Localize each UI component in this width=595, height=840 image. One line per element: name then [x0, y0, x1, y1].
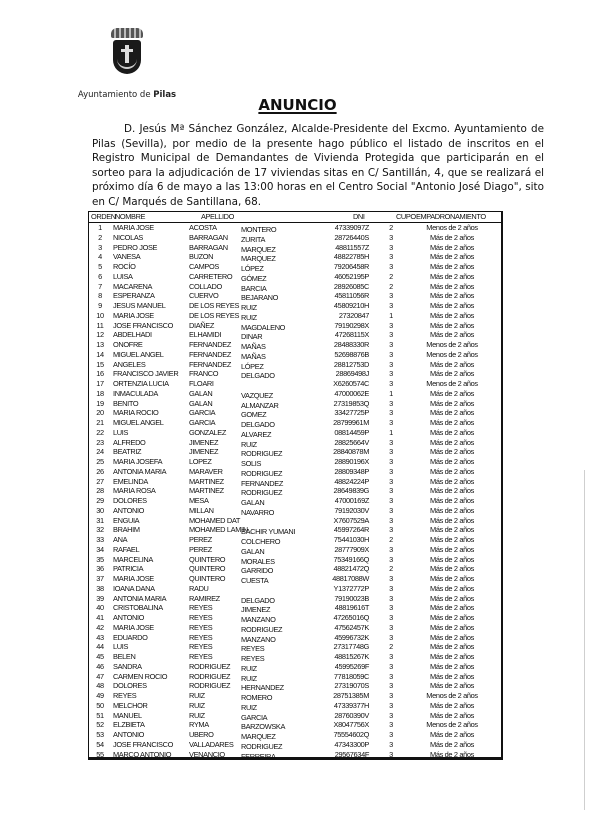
cell-apellido-1: VENANCIO — [189, 750, 225, 760]
cell-cupo: 3 — [385, 623, 397, 633]
cell-nombre: RAFAEL — [113, 545, 139, 555]
cell-nombre: MARCELINA — [113, 555, 153, 565]
cell-cupo: 3 — [385, 574, 397, 584]
cell-nombre: MACARENA — [113, 282, 152, 292]
cell-apellido-1: FERNANDEZ — [189, 360, 231, 370]
cell-apellido-1: VALLADARES — [189, 740, 233, 750]
cell-cupo: 3 — [385, 506, 397, 516]
table-row: 50 MELCHOR RUIZ RUIZ 47339377H 3 Más de … — [89, 701, 501, 711]
cell-empadronamiento: Más de 2 años — [405, 252, 499, 262]
cell-cupo: 3 — [385, 233, 397, 243]
cell-nombre: MARIA ROCIO — [113, 408, 158, 418]
table-row: 54 JOSE FRANCISCO VALLADARES RODRIGUEZ 4… — [89, 740, 501, 750]
cell-nombre: ABDELHADI — [113, 330, 152, 340]
cell-cupo: 3 — [385, 740, 397, 750]
cell-nombre: EMELINDA — [113, 477, 148, 487]
cell-apellido-1: RYMA — [189, 720, 209, 730]
cell-apellido-1: QUINTERO — [189, 564, 225, 574]
cell-dni: 47343300P — [299, 740, 369, 750]
cell-cupo: 3 — [385, 525, 397, 535]
cell-dni: 48824224P — [299, 477, 369, 487]
cell-dni: 45811056R — [299, 291, 369, 301]
cell-nombre: PATRICIA — [113, 564, 143, 574]
table-row: 47 CARMEN ROCIO RODRIGUEZ RUIZ 77818059C… — [89, 672, 501, 682]
cell-apellido-1: MARAVER — [189, 467, 223, 477]
table-row: 35 MARCELINA QUINTERO MORALES 75349166Q … — [89, 555, 501, 565]
cell-nombre: CARMEN ROCIO — [113, 672, 167, 682]
table-row: 48 DOLORES RODRIGUEZ HERNANDEZ 27319070S… — [89, 681, 501, 691]
cell-nombre: IOANA DANA — [113, 584, 155, 594]
cell-apellido-1: JIMENEZ — [189, 438, 218, 448]
cell-nombre: NICOLAS — [113, 233, 143, 243]
scan-edge-line — [584, 470, 585, 810]
document-title: ANUNCIO — [0, 96, 595, 114]
cell-empadronamiento: Más de 2 años — [405, 389, 499, 399]
cell-dni: 28488330R — [299, 340, 369, 350]
cell-nombre: ANTONIA MARIA — [113, 594, 166, 604]
cell-dni: 47000062E — [299, 389, 369, 399]
cell-empadronamiento: Menos de 2 años — [405, 223, 499, 233]
table-row: 42 MARIA JOSE REYES RODRIGUEZ 47562457K … — [89, 623, 501, 633]
cell-empadronamiento: Menos de 2 años — [405, 340, 499, 350]
table-row: 2 NICOLAS BARRAGAN ZURITA 28726440S 3 Má… — [89, 233, 501, 243]
cell-empadronamiento: Más de 2 años — [405, 447, 499, 457]
cell-empadronamiento: Más de 2 años — [405, 360, 499, 370]
cell-empadronamiento: Más de 2 años — [405, 486, 499, 496]
cell-empadronamiento: Más de 2 años — [405, 672, 499, 682]
cell-nombre: JOSE FRANCISCO — [113, 321, 173, 331]
header-dni: DNI — [353, 212, 365, 222]
cell-orden: 50 — [89, 701, 111, 711]
cell-cupo: 3 — [385, 555, 397, 565]
cell-apellido-1: REYES — [189, 652, 212, 662]
cell-dni: 47339097Z — [299, 223, 369, 233]
cell-empadronamiento: Más de 2 años — [405, 301, 499, 311]
cell-dni: 47562457K — [299, 623, 369, 633]
cell-empadronamiento: Más de 2 años — [405, 555, 499, 565]
cell-dni: 45997264R — [299, 525, 369, 535]
cell-orden: 38 — [89, 584, 111, 594]
cell-empadronamiento: Más de 2 años — [405, 506, 499, 516]
cell-orden: 9 — [89, 301, 111, 311]
cell-orden: 41 — [89, 613, 111, 623]
cell-dni: X7607529A — [299, 516, 369, 526]
cell-orden: 3 — [89, 243, 111, 253]
table-row: 26 ANTONIA MARIA MARAVER RODRIGUEZ 28809… — [89, 467, 501, 477]
cell-empadronamiento: Más de 2 años — [405, 291, 499, 301]
cell-cupo: 3 — [385, 457, 397, 467]
cell-nombre: SANDRA — [113, 662, 142, 672]
cell-empadronamiento: Más de 2 años — [405, 369, 499, 379]
cell-orden: 36 — [89, 564, 111, 574]
cell-apellido-1: MOHAMED DAT — [189, 516, 240, 526]
cell-empadronamiento: Más de 2 años — [405, 418, 499, 428]
cell-cupo: 3 — [385, 252, 397, 262]
table-row: 19 BENITO GALAN ALMANZAR 27319853Q 3 Más… — [89, 399, 501, 409]
cell-dni: 28726440S — [299, 233, 369, 243]
cell-apellido-1: MARTINEZ — [189, 477, 224, 487]
cell-dni: 48815267K — [299, 652, 369, 662]
table-header: ORDEN NOMBRE APELLIDO DNI CUPO EMPADRONA… — [89, 212, 501, 223]
cell-empadronamiento: Menos de 2 años — [405, 379, 499, 389]
cell-apellido-1: CARRETERO — [189, 272, 232, 282]
cell-dni: 27317748G — [299, 642, 369, 652]
cell-apellido-1: JIMENEZ — [189, 447, 218, 457]
cell-apellido-1: FLOARI — [189, 379, 214, 389]
cell-dni: 45809210H — [299, 301, 369, 311]
cell-orden: 53 — [89, 730, 111, 740]
cell-apellido-1: RADU — [189, 584, 209, 594]
cell-cupo: 3 — [385, 633, 397, 643]
header-nombre: NOMBRE — [115, 212, 145, 222]
cell-apellido-1: PEREZ — [189, 545, 212, 555]
cell-apellido-1: RUIZ — [189, 691, 205, 701]
cell-nombre: MANUEL — [113, 711, 142, 721]
cell-nombre: ROCÍO — [113, 262, 135, 272]
cell-orden: 46 — [89, 662, 111, 672]
cell-dni: 52698876B — [299, 350, 369, 360]
table-row: 39 ANTONIA MARIA RAMIREZ DELGADO 7919002… — [89, 594, 501, 604]
table-row: 44 LUIS REYES REYES 27317748G 2 Más de 2… — [89, 642, 501, 652]
cell-dni: 27319853Q — [299, 399, 369, 409]
cell-dni: 28777909X — [299, 545, 369, 555]
cell-empadronamiento: Más de 2 años — [405, 311, 499, 321]
cell-nombre: LUIS — [113, 428, 128, 438]
cell-orden: 5 — [89, 262, 111, 272]
cell-orden: 39 — [89, 594, 111, 604]
cell-apellido-1: DIAÑEZ — [189, 321, 214, 331]
cell-cupo: 3 — [385, 730, 397, 740]
cell-orden: 33 — [89, 535, 111, 545]
cell-nombre: MARCO ANTONIO — [113, 750, 171, 760]
cell-empadronamiento: Más de 2 años — [405, 243, 499, 253]
table-row: 41 ANTONIO REYES MANZANO 47265016Q 3 Más… — [89, 613, 501, 623]
cell-cupo: 3 — [385, 379, 397, 389]
cell-dni: 28926085C — [299, 282, 369, 292]
cell-cupo: 3 — [385, 545, 397, 555]
table-row: 55 MARCO ANTONIO VENANCIO FERREIRA 29567… — [89, 750, 501, 760]
cell-orden: 2 — [89, 233, 111, 243]
cell-nombre: FRANCISCO JAVIER — [113, 369, 178, 379]
cell-orden: 18 — [89, 389, 111, 399]
table-row: 3 PEDRO JOSE BARRAGAN MARQUEZ 48811557Z … — [89, 243, 501, 253]
cell-apellido-1: ELHAMIDI — [189, 330, 221, 340]
cell-nombre: LUIS — [113, 642, 128, 652]
cell-cupo: 3 — [385, 262, 397, 272]
cell-cupo: 3 — [385, 447, 397, 457]
table-row: 13 ONOFRE FERNANDEZ MAÑAS 28488330R 3 Me… — [89, 340, 501, 350]
cell-nombre: DOLORES — [113, 496, 147, 506]
cell-empadronamiento: Más de 2 años — [405, 330, 499, 340]
cell-apellido-1: GALAN — [189, 399, 212, 409]
cell-dni: 79192030V — [299, 506, 369, 516]
cell-empadronamiento: Más de 2 años — [405, 662, 499, 672]
cell-cupo: 2 — [385, 642, 397, 652]
cell-cupo: 3 — [385, 467, 397, 477]
cell-orden: 6 — [89, 272, 111, 282]
cell-nombre: BENITO — [113, 399, 138, 409]
cell-orden: 11 — [89, 321, 111, 331]
table-row: 52 ELZBIETA RYMA BARZOWSKA X8047756X 3 M… — [89, 720, 501, 730]
cell-empadronamiento: Más de 2 años — [405, 623, 499, 633]
cell-dni: 08814459P — [299, 428, 369, 438]
table-row: 7 MACARENA COLLADO BARCIA 28926085C 2 Má… — [89, 282, 501, 292]
cell-dni: 46052195P — [299, 272, 369, 282]
cell-orden: 27 — [89, 477, 111, 487]
cell-dni: 79190023B — [299, 594, 369, 604]
cell-nombre: ANTONIO — [113, 506, 144, 516]
cell-cupo: 3 — [385, 584, 397, 594]
cell-apellido-1: GARCIA — [189, 408, 215, 418]
cell-nombre: MARIA JOSE — [113, 574, 154, 584]
cell-orden: 30 — [89, 506, 111, 516]
cell-cupo: 1 — [385, 389, 397, 399]
table-row: 22 LUIS GONZALEZ ALVAREZ 08814459P 1 Más… — [89, 428, 501, 438]
table-row: 15 ANGELES FERNANDEZ LÓPEZ 28812753D 3 M… — [89, 360, 501, 370]
cell-orden: 13 — [89, 340, 111, 350]
title-text: ANUNCIO — [258, 96, 336, 114]
cell-cupo: 2 — [385, 282, 397, 292]
cell-empadronamiento: Más de 2 años — [405, 399, 499, 409]
cell-nombre: LUISA — [113, 272, 133, 282]
cell-apellido-1: GARCIA — [189, 418, 215, 428]
cell-cupo: 2 — [385, 564, 397, 574]
cell-orden: 51 — [89, 711, 111, 721]
cell-empadronamiento: Más de 2 años — [405, 321, 499, 331]
cell-apellido-1: BARRAGAN — [189, 243, 228, 253]
cell-empadronamiento: Menos de 2 años — [405, 691, 499, 701]
cell-empadronamiento: Más de 2 años — [405, 681, 499, 691]
cell-apellido-1: CAMPOS — [189, 262, 219, 272]
cell-orden: 43 — [89, 633, 111, 643]
cell-dni: Y1372772P — [299, 584, 369, 594]
cell-cupo: 3 — [385, 613, 397, 623]
cell-apellido-1: QUINTERO — [189, 555, 225, 565]
cell-orden: 1 — [89, 223, 111, 233]
table-row: 5 ROCÍO CAMPOS LÓPEZ 79206458R 3 Más de … — [89, 262, 501, 272]
cell-orden: 48 — [89, 681, 111, 691]
cell-orden: 29 — [89, 496, 111, 506]
cell-dni: 29567634F — [299, 750, 369, 760]
coat-of-arms-icon — [107, 28, 147, 86]
cell-dni: 28869498J — [299, 369, 369, 379]
cell-apellido-1: RAMIREZ — [189, 594, 220, 604]
cell-empadronamiento: Más de 2 años — [405, 603, 499, 613]
cell-cupo: 3 — [385, 720, 397, 730]
cell-dni: 33427725P — [299, 408, 369, 418]
cell-dni: 75554602Q — [299, 730, 369, 740]
cell-orden: 16 — [89, 369, 111, 379]
cell-orden: 24 — [89, 447, 111, 457]
cell-apellido-1: LOPEZ — [189, 457, 211, 467]
cell-cupo: 3 — [385, 594, 397, 604]
cell-nombre: ANTONIO — [113, 730, 144, 740]
table-row: 25 MARIA JOSEFA LOPEZ SOLIS 28890196X 3 … — [89, 457, 501, 467]
cell-apellido-1: GALAN — [189, 389, 212, 399]
cell-orden: 4 — [89, 252, 111, 262]
cell-orden: 10 — [89, 311, 111, 321]
cell-orden: 15 — [89, 360, 111, 370]
cell-dni: 45995269F — [299, 662, 369, 672]
cell-apellido-1: REYES — [189, 623, 212, 633]
cell-empadronamiento: Más de 2 años — [405, 613, 499, 623]
cell-nombre: MARIA ROSA — [113, 486, 156, 496]
cell-cupo: 3 — [385, 321, 397, 331]
table-row: 16 FRANCISCO JAVIER FRANCO DELGADO 28869… — [89, 369, 501, 379]
table-row: 51 MANUEL RUIZ GARCIA 28760390V 3 Más de… — [89, 711, 501, 721]
cell-orden: 12 — [89, 330, 111, 340]
intro-paragraph: D. Jesús Mª Sánchez González, Alcalde-Pr… — [92, 122, 544, 210]
cell-orden: 40 — [89, 603, 111, 613]
cell-cupo: 3 — [385, 652, 397, 662]
cell-dni: 75349166Q — [299, 555, 369, 565]
cell-cupo: 3 — [385, 516, 397, 526]
cell-dni: 28649839G — [299, 486, 369, 496]
cell-orden: 52 — [89, 720, 111, 730]
cell-apellido-1: REYES — [189, 603, 212, 613]
table-row: 38 IOANA DANA RADU Y1372772P 3 Más de 2 … — [89, 584, 501, 594]
cell-apellido-1: MILLAN — [189, 506, 214, 516]
cell-orden: 7 — [89, 282, 111, 292]
cell-empadronamiento: Más de 2 años — [405, 750, 499, 760]
cell-nombre: MARIA JOSE — [113, 223, 154, 233]
cell-nombre: ELZBIETA — [113, 720, 145, 730]
cell-orden: 23 — [89, 438, 111, 448]
cell-nombre: ONOFRE — [113, 340, 143, 350]
cell-dni: 47339377H — [299, 701, 369, 711]
cell-cupo: 3 — [385, 399, 397, 409]
cell-cupo: 3 — [385, 360, 397, 370]
cell-empadronamiento: Más de 2 años — [405, 477, 499, 487]
cell-dni: 47000169Z — [299, 496, 369, 506]
cell-empadronamiento: Más de 2 años — [405, 545, 499, 555]
table-row: 29 DOLORES MESA GALAN 47000169Z 3 Más de… — [89, 496, 501, 506]
cell-nombre: CRISTOBALINA — [113, 603, 163, 613]
cell-nombre: INMACULADA — [113, 389, 158, 399]
cell-dni: 45996732K — [299, 633, 369, 643]
cell-nombre: MARIA JOSE — [113, 623, 154, 633]
cell-cupo: 2 — [385, 535, 397, 545]
cell-empadronamiento: Más de 2 años — [405, 262, 499, 272]
cell-orden: 20 — [89, 408, 111, 418]
cell-apellido-1: REYES — [189, 633, 212, 643]
cell-dni: 48817088W — [299, 574, 369, 584]
cell-nombre: BRAHIM — [113, 525, 140, 535]
cell-dni: 28840878M — [299, 447, 369, 457]
cell-apellido-1: GONZALEZ — [189, 428, 226, 438]
cell-cupo: 3 — [385, 603, 397, 613]
cell-orden: 17 — [89, 379, 111, 389]
cell-cupo: 1 — [385, 428, 397, 438]
table-row: 8 ESPERANZA CUERVO BEJARANO 45811056R 3 … — [89, 291, 501, 301]
cell-dni: 28799961M — [299, 418, 369, 428]
cell-orden: 21 — [89, 418, 111, 428]
cell-nombre: MARIA JOSEFA — [113, 457, 162, 467]
cell-apellido-1: BUZON — [189, 252, 213, 262]
cell-apellido-1: REYES — [189, 642, 212, 652]
cell-dni: 79190298X — [299, 321, 369, 331]
table-row: 37 MARIA JOSE QUINTERO CUESTA 48817088W … — [89, 574, 501, 584]
cell-cupo: 1 — [385, 311, 397, 321]
table-row: 33 ANA PEREZ COLCHERO 75441030H 2 Más de… — [89, 535, 501, 545]
header-empadronamiento: EMPADRONAMIENTO — [416, 212, 486, 222]
cell-apellido-1: FERNANDEZ — [189, 350, 231, 360]
cell-cupo: 3 — [385, 750, 397, 760]
header-cupo: CUPO — [396, 212, 416, 222]
table-body: 1 MARIA JOSE ACOSTA MONTERO 47339097Z 2 … — [89, 223, 501, 759]
cell-cupo: 3 — [385, 711, 397, 721]
table-row: 45 BELEN REYES REYES 48815267K 3 Más de … — [89, 652, 501, 662]
cell-nombre: BELEN — [113, 652, 136, 662]
cell-nombre: ANA — [113, 535, 127, 545]
cell-cupo: 3 — [385, 418, 397, 428]
cell-cupo: 2 — [385, 223, 397, 233]
cell-empadronamiento: Más de 2 años — [405, 584, 499, 594]
table-row: 6 LUISA CARRETERO GÓMEZ 46052195P 2 Más … — [89, 272, 501, 282]
cell-apellido-1: FRANCO — [189, 369, 218, 379]
cell-cupo: 3 — [385, 672, 397, 682]
cell-dni: 28890196X — [299, 457, 369, 467]
cell-apellido-1: RODRIGUEZ — [189, 662, 230, 672]
table-row: 9 JESUS MANUEL DE LOS REYES RUIZ 4580921… — [89, 301, 501, 311]
cell-empadronamiento: Más de 2 años — [405, 535, 499, 545]
cell-empadronamiento: Más de 2 años — [405, 272, 499, 282]
cell-orden: 47 — [89, 672, 111, 682]
cell-nombre: MIGUEL ANGEL — [113, 350, 164, 360]
cell-empadronamiento: Más de 2 años — [405, 711, 499, 721]
cell-empadronamiento: Más de 2 años — [405, 642, 499, 652]
cell-nombre: ENGUIA — [113, 516, 139, 526]
table-row: 10 MARIA JOSE DE LOS REYES RUIZ 27320847… — [89, 311, 501, 321]
cell-dni: 28825664V — [299, 438, 369, 448]
applicants-table: ORDEN NOMBRE APELLIDO DNI CUPO EMPADRONA… — [88, 211, 503, 760]
cell-nombre: MELCHOR — [113, 701, 148, 711]
table-row: 30 ANTONIO MILLAN NAVARRO 79192030V 3 Má… — [89, 506, 501, 516]
cell-empadronamiento: Más de 2 años — [405, 730, 499, 740]
cell-orden: 35 — [89, 555, 111, 565]
cell-nombre: ALFREDO — [113, 438, 145, 448]
cell-empadronamiento: Más de 2 años — [405, 701, 499, 711]
cell-cupo: 3 — [385, 291, 397, 301]
table-row: 12 ABDELHADI ELHAMIDI DINAR 47268115X 3 … — [89, 330, 501, 340]
cell-apellido-1: RODRIGUEZ — [189, 672, 230, 682]
cell-orden: 26 — [89, 467, 111, 477]
table-row: 36 PATRICIA QUINTERO GARRIDO 48821472Q 2… — [89, 564, 501, 574]
cell-empadronamiento: Más de 2 años — [405, 282, 499, 292]
cell-dni: 28812753D — [299, 360, 369, 370]
cell-dni: 28760390V — [299, 711, 369, 721]
cell-empadronamiento: Más de 2 años — [405, 574, 499, 584]
cell-apellido-1: MOHAMED LAMIN — [189, 525, 248, 535]
cell-cupo: 3 — [385, 496, 397, 506]
cell-empadronamiento: Más de 2 años — [405, 457, 499, 467]
cell-nombre: ANGELES — [113, 360, 145, 370]
cell-nombre: EDUARDO — [113, 633, 148, 643]
cell-empadronamiento: Más de 2 años — [405, 594, 499, 604]
cell-cupo: 3 — [385, 243, 397, 253]
cell-dni: 28809348P — [299, 467, 369, 477]
cell-apellido-1: QUINTERO — [189, 574, 225, 584]
table-row: 1 MARIA JOSE ACOSTA MONTERO 47339097Z 2 … — [89, 223, 501, 233]
cell-dni: 47268115X — [299, 330, 369, 340]
cell-orden: 25 — [89, 457, 111, 467]
cell-apellido-1: COLLADO — [189, 282, 222, 292]
cell-apellido-1: RUIZ — [189, 701, 205, 711]
table-row: 18 INMACULADA GALAN VAZQUEZ 47000062E 1 … — [89, 389, 501, 399]
cell-empadronamiento: Más de 2 años — [405, 428, 499, 438]
cell-orden: 44 — [89, 642, 111, 652]
cell-dni: 28751385M — [299, 691, 369, 701]
